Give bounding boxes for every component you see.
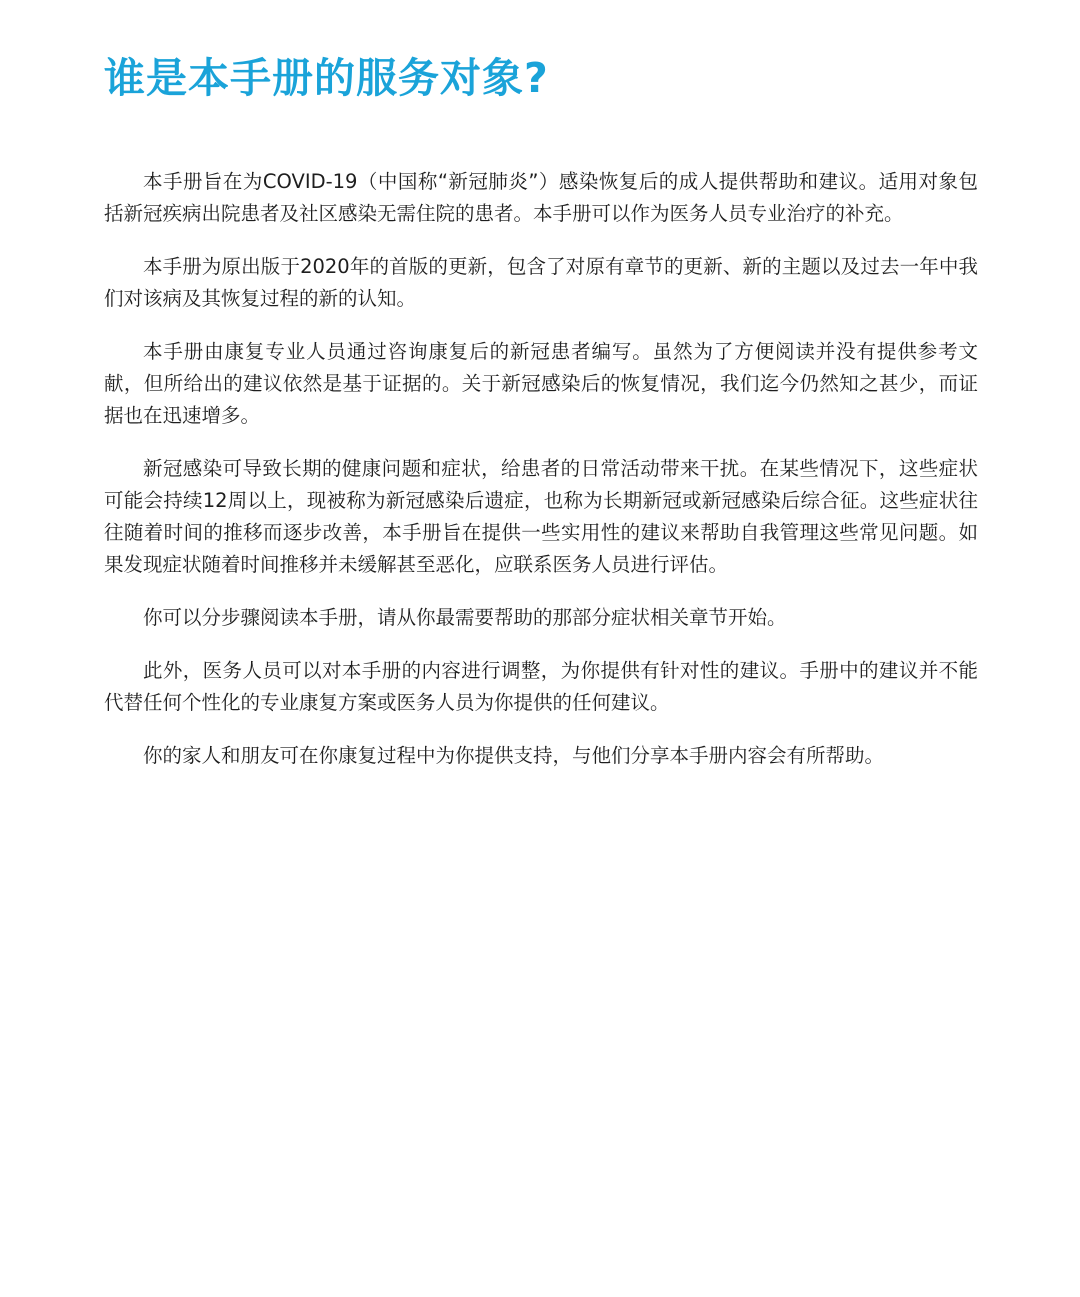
paragraph-authorship: 本手册由康复专业人员通过咨询康复后的新冠患者编写。虽然为了方便阅读并没有提供参考…: [104, 336, 978, 432]
page-title: 谁是本手册的服务对象?: [104, 50, 549, 106]
document-body: 本手册旨在为COVID-19（中国称“新冠肺炎”）感染恢复后的成人提供帮助和建议…: [104, 166, 978, 793]
paragraph-long-covid: 新冠感染可导致长期的健康问题和症状，给患者的日常活动带来干扰。在某些情况下，这些…: [104, 453, 978, 581]
paragraph-update: 本手册为原出版于2020年的首版的更新，包含了对原有章节的更新、新的主题以及过去…: [104, 251, 978, 315]
paragraph-medical-advice: 此外，医务人员可以对本手册的内容进行调整，为你提供有针对性的建议。手册中的建议并…: [104, 655, 978, 719]
paragraph-family-support: 你的家人和朋友可在你康复过程中为你提供支持，与他们分享本手册内容会有所帮助。: [104, 740, 978, 772]
paragraph-intro: 本手册旨在为COVID-19（中国称“新冠肺炎”）感染恢复后的成人提供帮助和建议…: [104, 166, 978, 230]
paragraph-reading-guide: 你可以分步骤阅读本手册，请从你最需要帮助的那部分症状相关章节开始。: [104, 602, 978, 634]
